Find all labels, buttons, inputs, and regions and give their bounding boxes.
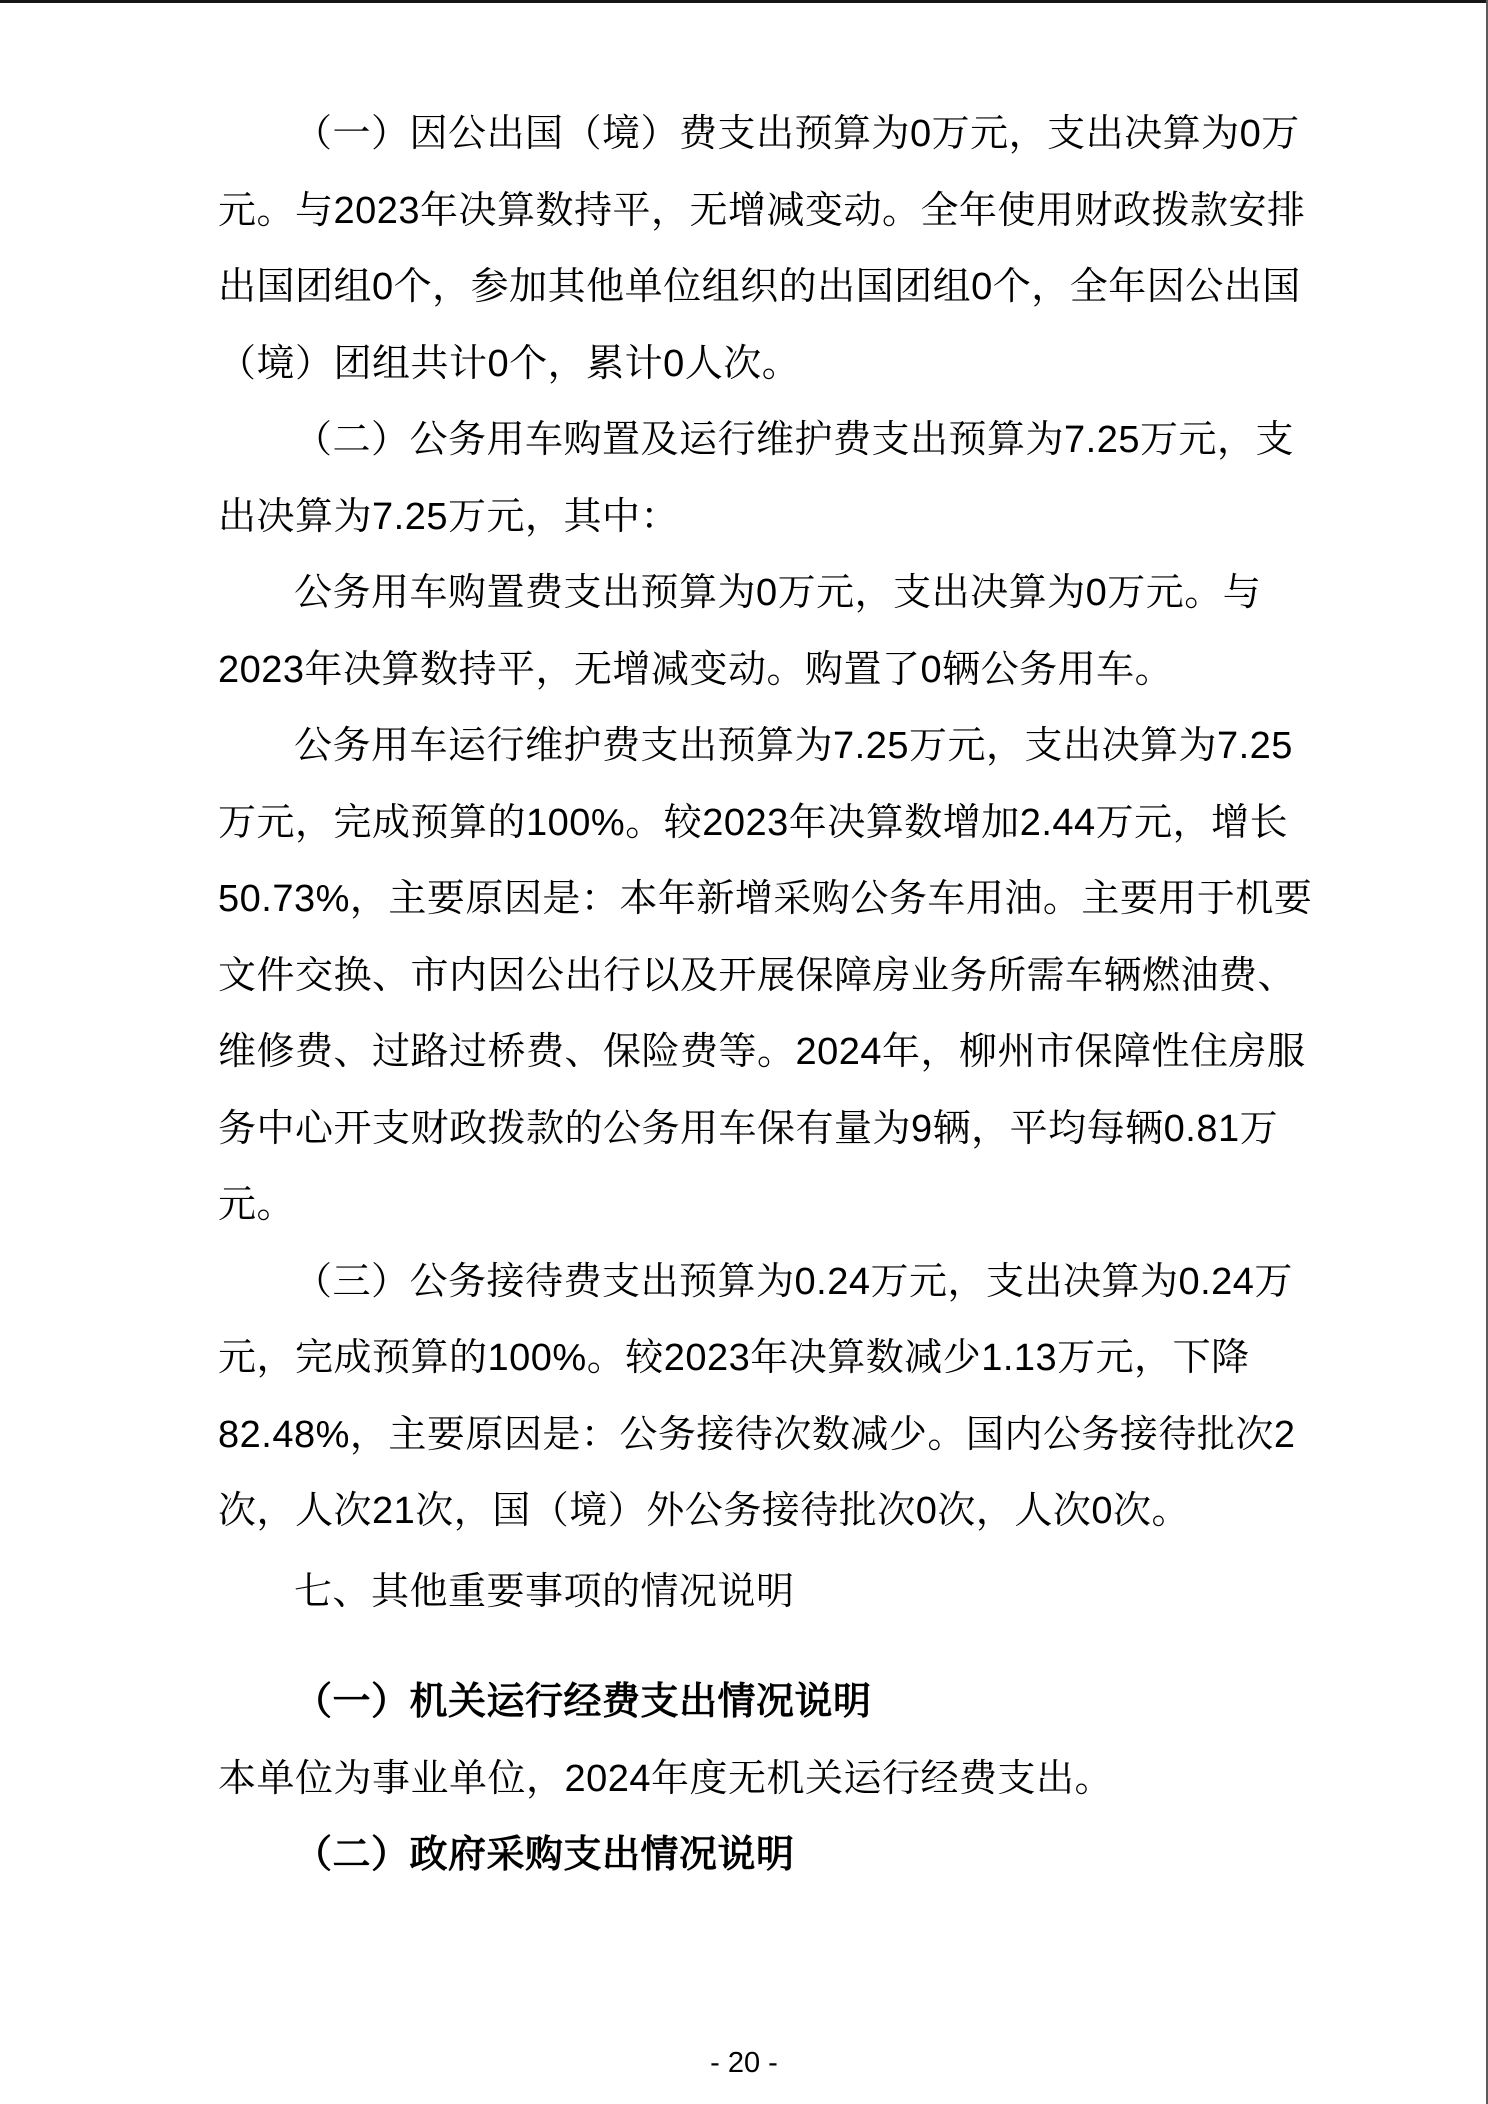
body-line: 公务用车购置费支出预算为0万元，支出决算为0万元。与: [218, 555, 1278, 632]
body-line: 82.48%，主要原因是：公务接待次数减少。国内公务接待批次2: [218, 1397, 1278, 1474]
body-line: 文件交换、市内因公出行以及开展保障房业务所需车辆燃油费、: [218, 938, 1278, 1015]
subsection-heading-gov-procurement: （二）政府采购支出情况说明: [218, 1817, 1278, 1894]
body-line: 维修费、过路过桥费、保险费等。2024年，柳州市保障性住房服: [218, 1014, 1278, 1091]
body-line: 50.73%，主要原因是：本年新增采购公务车用油。主要用于机要: [218, 861, 1278, 938]
page-number: - 20 -: [0, 2046, 1488, 2080]
paragraph-vehicle-total: （二）公务用车购置及运行维护费支出预算为7.25万元，支 出决算为7.25万元，…: [218, 402, 1278, 555]
body-line: （境）团组共计0个，累计0人次。: [218, 326, 1278, 403]
subsection-heading-agency-operating-expense: （一）机关运行经费支出情况说明: [218, 1664, 1278, 1741]
body-line: 次，人次21次，国（境）外公务接待批次0次，人次0次。: [218, 1473, 1278, 1550]
body-line: 元，完成预算的100%。较2023年决算数减少1.13万元，下降: [218, 1320, 1278, 1397]
body-line: 出决算为7.25万元，其中：: [218, 479, 1278, 556]
body-line: 务中心开支财政拨款的公务用车保有量为9辆，平均每辆0.81万: [218, 1091, 1278, 1168]
page-top-border: [0, 0, 1488, 3]
section-heading-other-important-matters: 七、其他重要事项的情况说明: [218, 1554, 1278, 1631]
page-body: （一）因公出国（境）费支出预算为0万元，支出决算为0万 元。与2023年决算数持…: [218, 96, 1278, 1894]
body-line: （三）公务接待费支出预算为0.24万元，支出决算为0.24万: [218, 1244, 1278, 1321]
paragraph-vehicle-operation: 公务用车运行维护费支出预算为7.25万元，支出决算为7.25 万元，完成预算的1…: [218, 708, 1278, 1244]
body-line: 元。与2023年决算数持平，无增减变动。全年使用财政拨款安排: [218, 173, 1278, 250]
body-line: （一）因公出国（境）费支出预算为0万元，支出决算为0万: [218, 96, 1278, 173]
body-line: 本单位为事业单位，2024年度无机关运行经费支出。: [218, 1741, 1278, 1818]
paragraph-official-travel: （一）因公出国（境）费支出预算为0万元，支出决算为0万 元。与2023年决算数持…: [218, 96, 1278, 402]
body-line: 元。: [218, 1167, 1278, 1244]
body-line: 2023年决算数持平，无增减变动。购置了0辆公务用车。: [218, 632, 1278, 709]
body-line: 公务用车运行维护费支出预算为7.25万元，支出决算为7.25: [218, 708, 1278, 785]
paragraph-vehicle-purchase: 公务用车购置费支出预算为0万元，支出决算为0万元。与 2023年决算数持平，无增…: [218, 555, 1278, 708]
body-line: （二）公务用车购置及运行维护费支出预算为7.25万元，支: [218, 402, 1278, 479]
body-line: 万元，完成预算的100%。较2023年决算数增加2.44万元，增长: [218, 785, 1278, 862]
document-page: （一）因公出国（境）费支出预算为0万元，支出决算为0万 元。与2023年决算数持…: [0, 0, 1488, 2104]
paragraph-official-reception: （三）公务接待费支出预算为0.24万元，支出决算为0.24万 元，完成预算的10…: [218, 1244, 1278, 1550]
body-line: 出国团组0个，参加其他单位组织的出国团组0个，全年因公出国: [218, 249, 1278, 326]
